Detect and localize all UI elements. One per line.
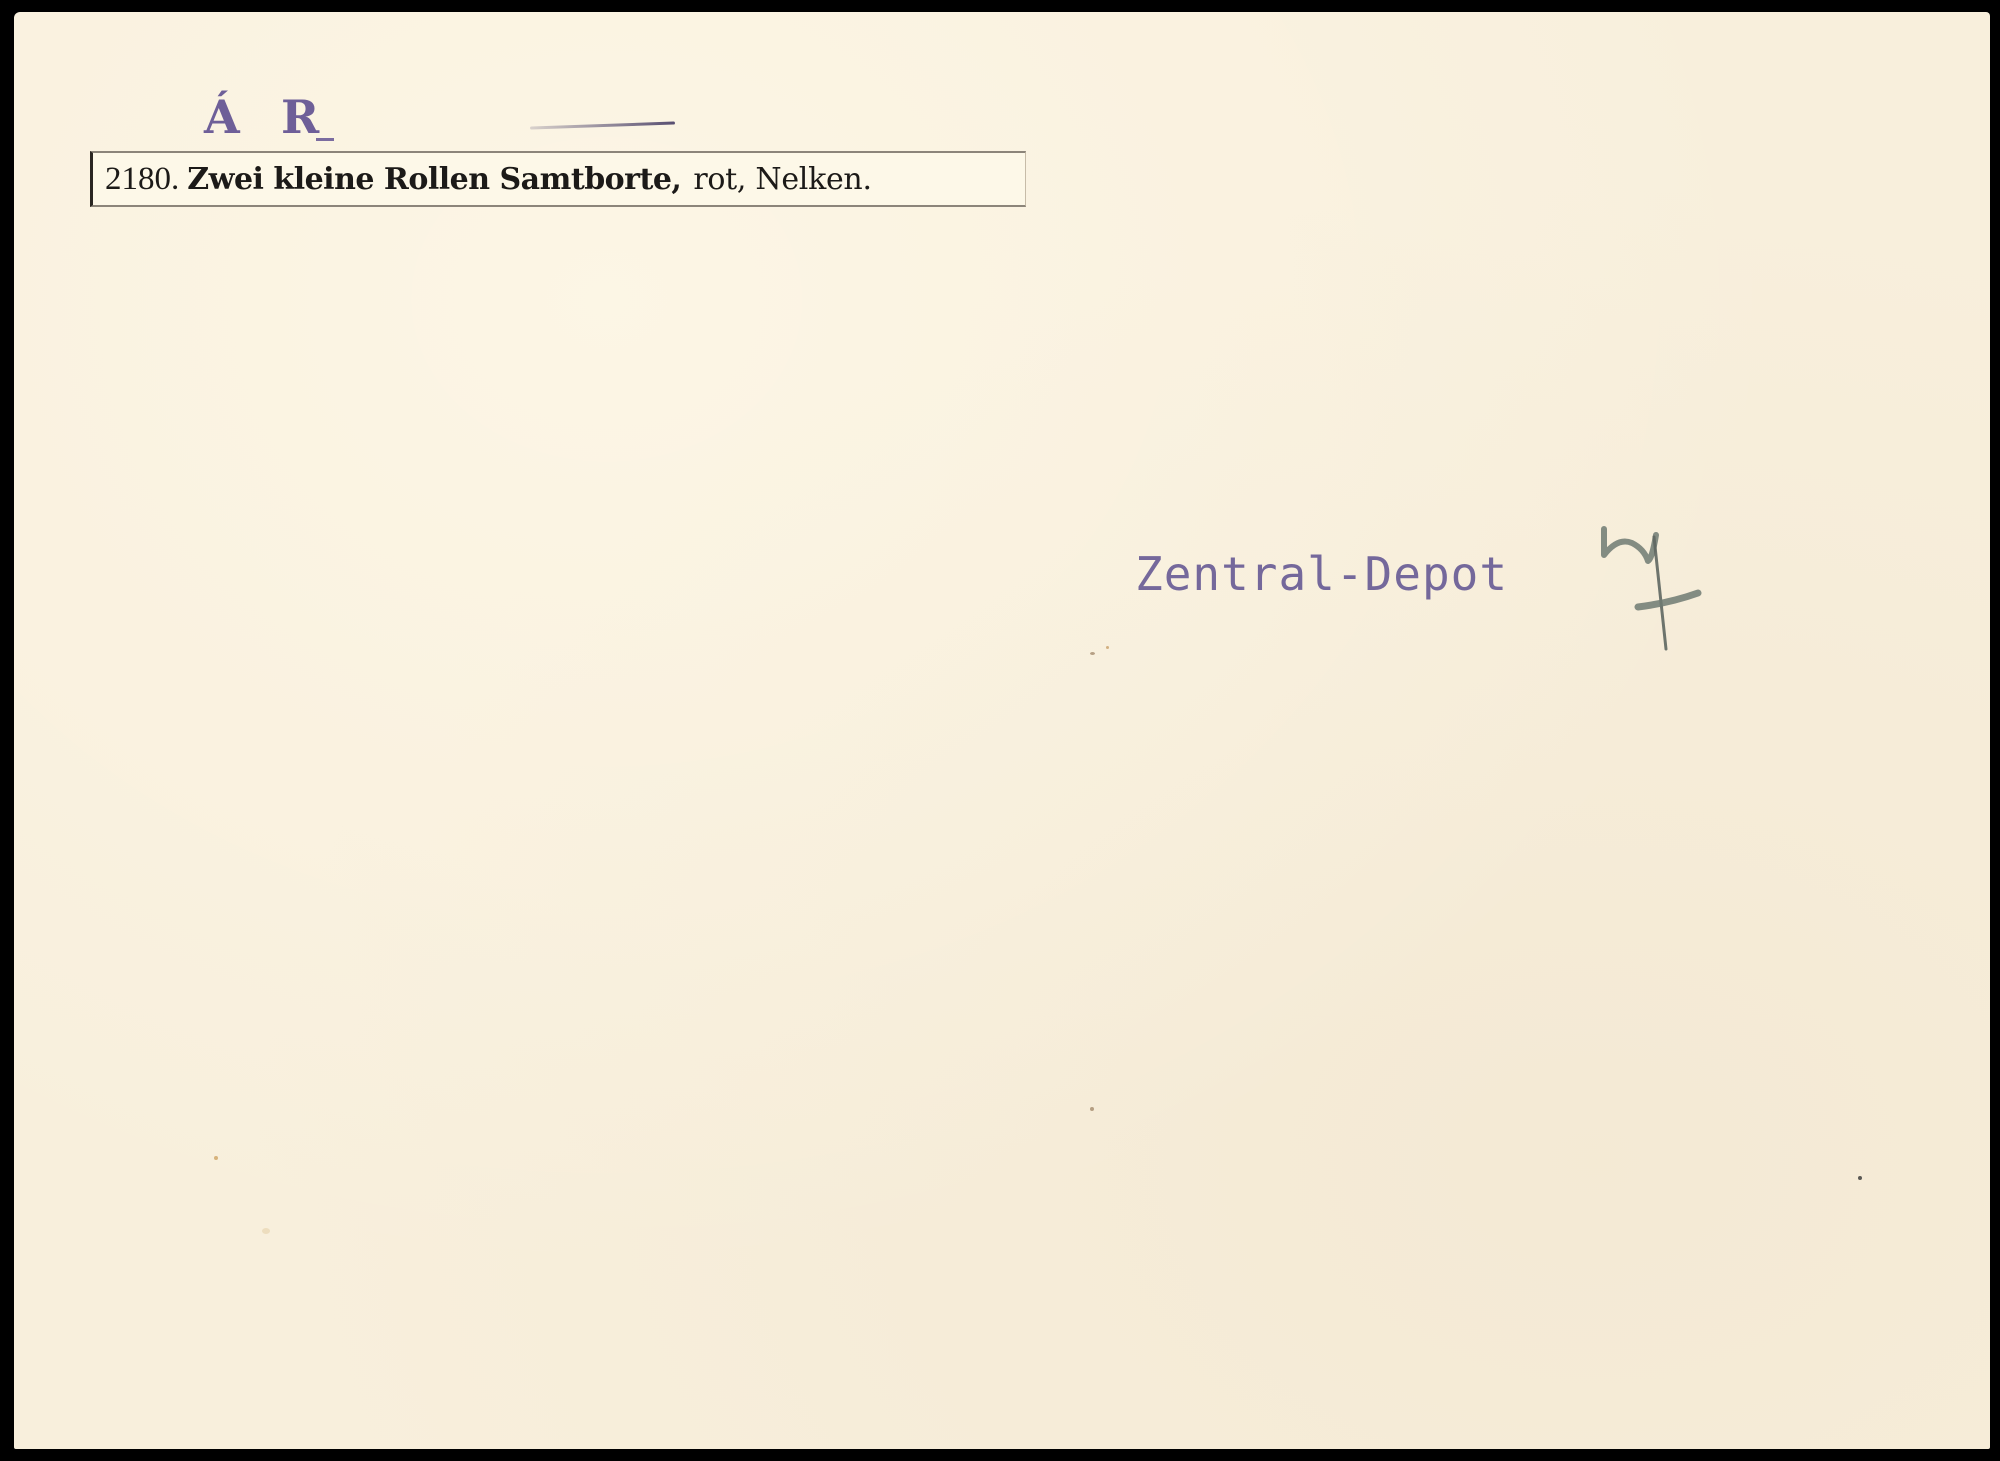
stamp-underline-mark — [316, 138, 334, 141]
catalog-number: 2180. — [105, 161, 179, 198]
paper-speck — [1106, 646, 1109, 649]
item-description: rot, Nelken. — [693, 162, 871, 197]
catalog-card: Á R 2180. Zwei kleine Rollen Samtborte, … — [14, 12, 1990, 1449]
paper-speck — [1858, 1176, 1862, 1180]
pen-dash-line — [530, 121, 675, 129]
item-title-bold: Zwei kleine Rollen Samtborte, — [187, 162, 681, 197]
paper-speck — [262, 1228, 270, 1234]
paper-speck — [1090, 1107, 1094, 1111]
paper-speck — [1090, 652, 1095, 655]
handwritten-seven-icon — [1590, 517, 1720, 657]
printed-label-strip: 2180. Zwei kleine Rollen Samtborte, rot,… — [90, 151, 1026, 207]
stamp-letter-a: Á — [204, 90, 240, 144]
paper-speck — [214, 1156, 218, 1160]
zentral-depot-stamp: Zentral-Depot — [1135, 547, 1508, 601]
stamp-letter-r: R — [281, 90, 319, 144]
